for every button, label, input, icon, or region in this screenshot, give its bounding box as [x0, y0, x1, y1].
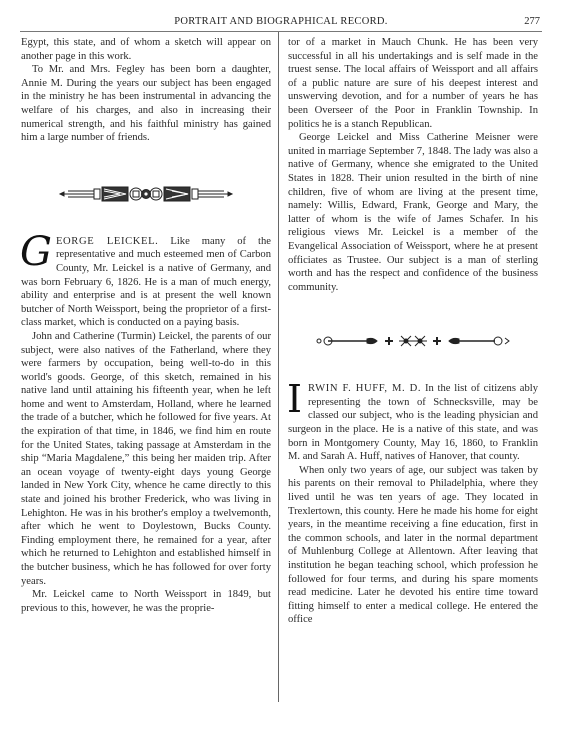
geometric-ornament-icon — [21, 183, 271, 205]
paragraph: tor of a market in Mauch Chunk. He has b… — [288, 36, 538, 131]
paragraph-huff-intro: IRWIN F. HUFF, M. D. In the list of citi… — [288, 382, 538, 464]
paragraph: John and Catherine (Turmin) Leickel, the… — [21, 330, 271, 588]
paragraph: To Mr. and Mrs. Fegley has been born a d… — [21, 63, 271, 145]
header-rule — [20, 31, 542, 32]
paragraph: George Leickel and Miss Catherine Meisne… — [288, 131, 538, 294]
running-title: PORTRAIT AND BIOGRAPHICAL RECORD. — [20, 16, 542, 27]
paragraph-text: In the list of citizens ably representin… — [288, 383, 538, 462]
paragraph: Egypt, this state, and of whom a sketch … — [21, 36, 271, 63]
left-column: Egypt, this state, and of whom a sketch … — [21, 36, 271, 615]
paragraph: When only two years of age, our subject … — [288, 464, 538, 627]
paragraph-text: Like many of the representative and much… — [21, 236, 271, 329]
subject-name: EORGE LEICKEL. — [56, 236, 158, 247]
page-number: 277 — [524, 16, 540, 27]
right-column: tor of a market in Mauch Chunk. He has b… — [288, 36, 538, 627]
drop-cap: G — [20, 235, 52, 269]
subject-name: RWIN F. HUFF, M. D. — [308, 383, 421, 394]
paragraph-leickel-intro: GEORGE LEICKEL. Like many of the represe… — [21, 235, 271, 330]
drop-cap: I — [287, 382, 302, 416]
column-divider — [278, 32, 279, 702]
paragraph: Mr. Leickel came to North Weissport in 1… — [21, 588, 271, 615]
scroll-ornament-icon — [288, 330, 538, 352]
running-header: PORTRAIT AND BIOGRAPHICAL RECORD. 277 — [20, 16, 542, 30]
